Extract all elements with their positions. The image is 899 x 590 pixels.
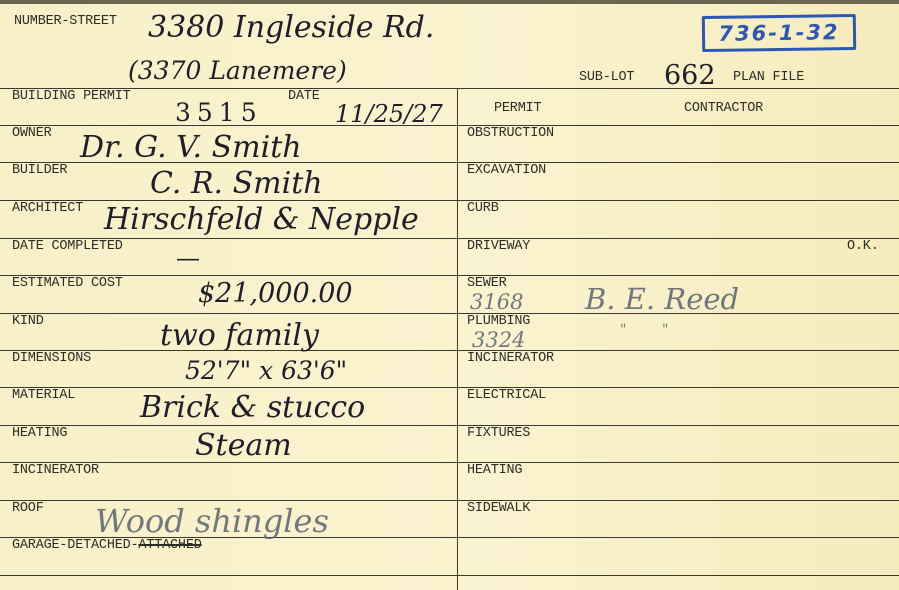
garage-label-prefix: GARAGE-DETACHED- — [12, 538, 138, 553]
permit-date-value: 11/25/27 — [335, 100, 443, 128]
ruled-line — [0, 313, 899, 314]
excavation-label: EXCAVATION — [467, 163, 546, 178]
garage-attached-struck: ATTACHED — [138, 538, 201, 553]
fixtures-label: FIXTURES — [467, 426, 530, 441]
date-completed-value: — — [176, 244, 200, 272]
architect-label: ARCHITECT — [12, 201, 83, 216]
garage-label: GARAGE-DETACHED-ATTACHED — [12, 538, 202, 553]
driveway-label: DRIVEWAY — [467, 239, 530, 254]
ruled-line — [0, 575, 899, 576]
ruled-line — [0, 88, 899, 89]
permit-date-label: DATE — [288, 89, 320, 104]
plumbing-permit-value: 3324 — [472, 328, 525, 352]
builder-value: C. R. Smith — [150, 166, 323, 201]
plumbing-label: PLUMBING — [467, 314, 530, 329]
incinerator-permit-label: INCINERATOR — [467, 351, 554, 366]
kind-label: KIND — [12, 314, 44, 329]
obstruction-label: OBSTRUCTION — [467, 126, 554, 141]
dimensions-value: 52'7" x 63'6" — [185, 356, 347, 385]
permit-card: 736-1-32 NUMBER-STREET 3380 Ingleside Rd… — [0, 0, 899, 590]
electrical-label: ELECTRICAL — [467, 388, 546, 403]
card-top-edge — [0, 0, 899, 4]
number-street-label: NUMBER-STREET — [14, 14, 117, 29]
permit-column-header: PERMIT — [494, 101, 541, 116]
architect-value: Hirschfeld & Nepple — [104, 202, 419, 237]
plumbing-contractor-ditto: " " — [620, 322, 668, 338]
roof-label: ROOF — [12, 501, 44, 516]
curb-label: CURB — [467, 201, 499, 216]
sewer-contractor-value: B. E. Reed — [585, 282, 739, 316]
owner-label: OWNER — [12, 126, 52, 141]
alt-address-value: (3370 Lanemere) — [128, 56, 347, 85]
sewer-permit-value: 3168 — [470, 290, 523, 314]
builder-label: BUILDER — [12, 163, 67, 178]
heating-value: Steam — [195, 428, 292, 463]
material-value: Brick & stucco — [140, 390, 365, 425]
plan-file-label: PLAN FILE — [733, 70, 804, 85]
heating-label: HEATING — [12, 426, 67, 441]
ruled-line — [0, 350, 899, 351]
ruled-line — [0, 500, 899, 501]
column-divider — [457, 88, 458, 590]
building-permit-value: 3515 — [175, 98, 263, 127]
ruled-line — [0, 387, 899, 388]
incinerator-label: INCINERATOR — [12, 463, 99, 478]
ruled-line — [0, 200, 899, 201]
owner-value: Dr. G. V. Smith — [80, 130, 302, 165]
heating-permit-label: HEATING — [467, 463, 522, 478]
building-permit-label: BUILDING PERMIT — [12, 89, 131, 104]
ruled-line — [0, 462, 899, 463]
sub-lot-label: SUB-LOT — [579, 70, 634, 85]
ruled-line — [0, 425, 899, 426]
sidewalk-label: SIDEWALK — [467, 501, 530, 516]
kind-value: two family — [160, 318, 319, 353]
number-street-value: 3380 Ingleside Rd. — [148, 10, 434, 45]
date-completed-label: DATE COMPLETED — [12, 239, 123, 254]
material-label: MATERIAL — [12, 388, 75, 403]
contractor-column-header: CONTRACTOR — [684, 101, 763, 116]
driveway-note: O.K. — [847, 239, 879, 254]
sewer-label: SEWER — [467, 276, 507, 291]
sub-lot-value: 662 — [664, 60, 716, 91]
file-number-stamp: 736-1-32 — [702, 14, 856, 52]
estimated-cost-value: $21,000.00 — [198, 278, 353, 309]
dimensions-label: DIMENSIONS — [12, 351, 91, 366]
ruled-line — [0, 238, 899, 239]
estimated-cost-label: ESTIMATED COST — [12, 276, 123, 291]
ruled-line — [0, 125, 899, 126]
roof-value: Wood shingles — [95, 502, 329, 540]
ruled-line — [0, 275, 899, 276]
